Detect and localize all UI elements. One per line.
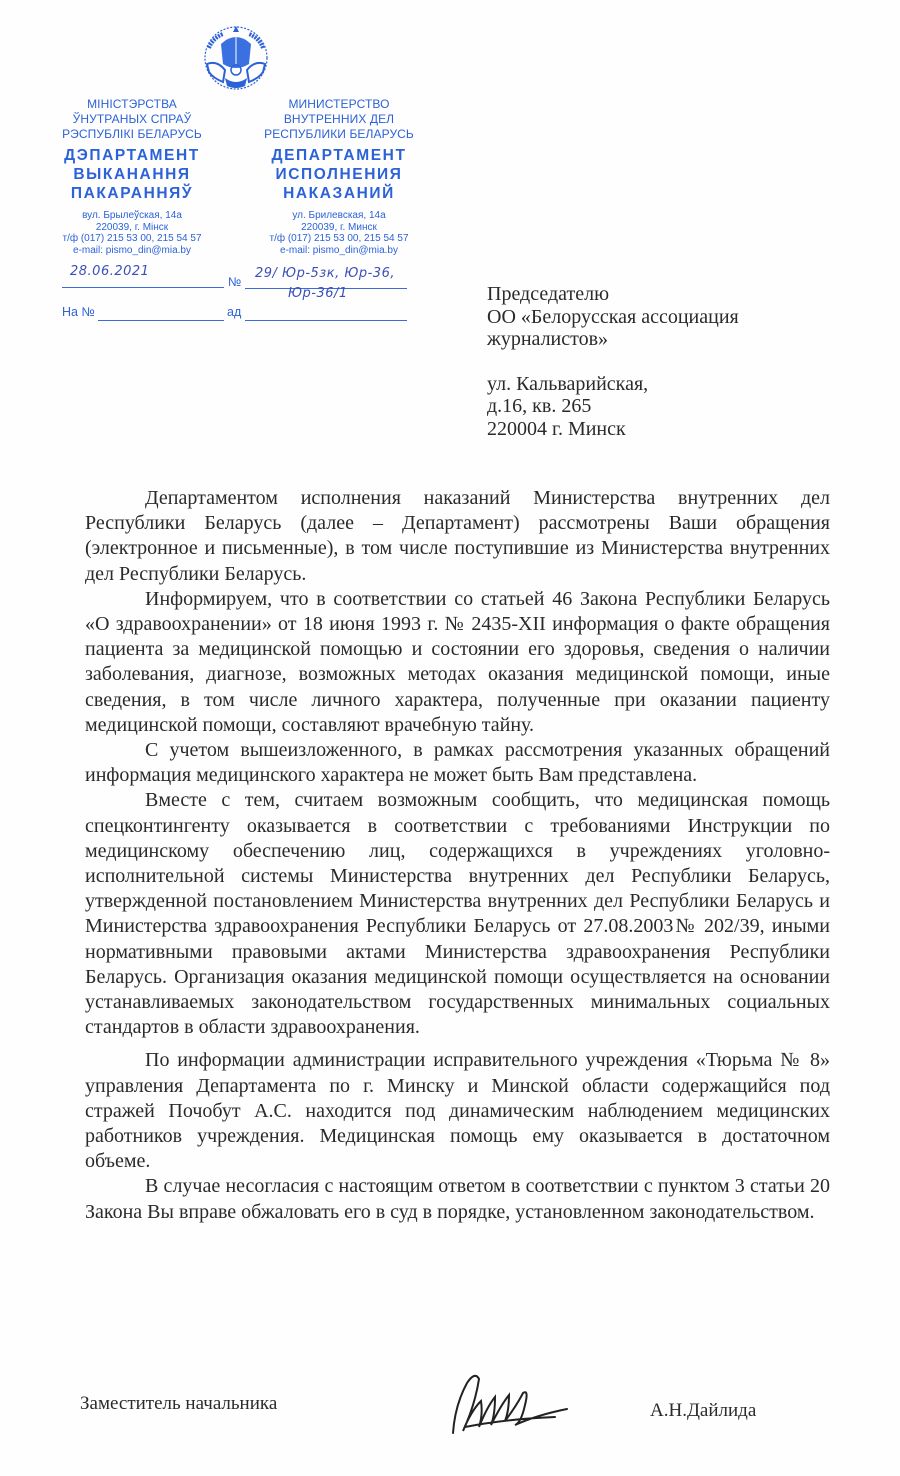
body-paragraph: Вместе с тем, считаем возможным сообщить…	[85, 788, 830, 1040]
reply-to-label: На №	[62, 305, 95, 319]
address-by: вул. Брылеўская, 14а 220039, г. Мінск т/…	[52, 210, 212, 256]
department-name-by: ДЭПАРТАМЕНТ ВЫКАНАННЯ ПАКАРАННЯЎ	[52, 146, 212, 203]
ministry-name-ru: МИНИСТЕРСТВО ВНУТРЕННИХ ДЕЛ РЕСПУБЛИКИ Б…	[250, 97, 428, 142]
address-ru: ул. Брилевская, 14а 220039, г. Минск т/ф…	[250, 210, 428, 256]
recipient-city: 220004 г. Минск	[487, 418, 739, 441]
signatory-name: А.Н.Дайлида	[650, 1400, 756, 1422]
department-name-ru: ДЕПАРТАМЕНТ ИСПОЛНЕНИЯ НАКАЗАНИЙ	[250, 146, 428, 203]
body-paragraph: Информируем, что в соответствии со стать…	[85, 587, 830, 738]
from-underline	[245, 320, 407, 321]
reply-to-underline	[98, 320, 224, 321]
body-paragraph: С учетом вышеизложенного, в рамках рассм…	[85, 738, 830, 788]
letterhead-russian: МИНИСТЕРСТВО ВНУТРЕННИХ ДЕЛ РЕСПУБЛИКИ Б…	[250, 97, 428, 256]
number-label: №	[228, 275, 241, 289]
body-paragraph: Департаментом исполнения наказаний Минис…	[85, 486, 830, 587]
ministry-name-by: МІНІСТЭРСТВА ЎНУТРАНЫХ СПРАЎ РЭСПУБЛІКІ …	[52, 97, 212, 142]
letter-body: Департаментом исполнения наказаний Минис…	[85, 486, 830, 1225]
date-underline	[62, 287, 224, 288]
body-paragraph: В случае несогласия с настоящим ответом …	[85, 1174, 830, 1224]
body-paragraph: По информации администрации исправительн…	[85, 1048, 830, 1174]
outgoing-number-line1: 29/ Юр-5зк, Юр-36,	[255, 266, 395, 281]
handwritten-signature-icon	[445, 1365, 575, 1440]
recipient-org-cont: журналистов»	[487, 328, 739, 351]
recipient-title: Председателю	[487, 283, 739, 306]
signatory-title: Заместитель начальника	[80, 1393, 277, 1415]
from-label: ад	[227, 305, 241, 319]
outgoing-date: 28.06.2021	[70, 264, 149, 279]
outgoing-number-line2: Юр-36/1	[288, 286, 348, 301]
recipient-block: Председателю ОО «Белорусская ассоциация …	[487, 283, 739, 440]
coat-of-arms-icon	[197, 20, 275, 92]
recipient-street: ул. Кальварийская,	[487, 373, 739, 396]
recipient-org: ОО «Белорусская ассоциация	[487, 306, 739, 329]
letterhead-belarusian: МІНІСТЭРСТВА ЎНУТРАНЫХ СПРАЎ РЭСПУБЛІКІ …	[52, 97, 212, 256]
recipient-house: д.16, кв. 265	[487, 395, 739, 418]
letter-page: МІНІСТЭРСТВА ЎНУТРАНЫХ СПРАЎ РЭСПУБЛІКІ …	[0, 0, 900, 1476]
